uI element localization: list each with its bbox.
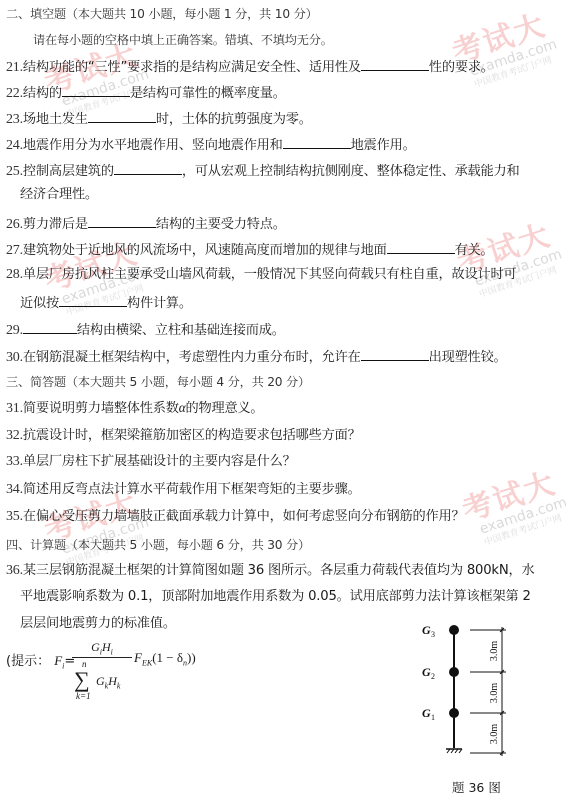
svg-text:2: 2 xyxy=(431,672,435,681)
answer-blank[interactable] xyxy=(114,160,182,175)
answer-blank[interactable] xyxy=(387,239,455,254)
formula-factor: FEK(1 − δn)) xyxy=(134,650,196,668)
section-instruction: 请在每小题的空格中填上正确答案。错填、不填均无分。 xyxy=(33,31,333,49)
figure-caption: 题 36 图 xyxy=(452,778,501,796)
answer-blank[interactable] xyxy=(88,213,156,228)
question-25: 25.控制高层建筑的，可从宏观上控制结构抗侧刚度、整体稳定性、承载能力和 xyxy=(6,160,520,181)
question-36: 36.某三层钢筋混凝土框架的计算简图如题 36 图所示。各层重力荷载代表值均为 … xyxy=(6,562,535,580)
answer-blank[interactable] xyxy=(59,292,127,307)
question-31: 31.简要说明剪力墙整体性系数α的物理意义。 xyxy=(6,399,263,418)
question-32: 32.抗震设计时，框架梁箍筋加密区的构造要求包括哪些方面？ xyxy=(6,427,361,445)
frame-diagram: G 3 G 2 G 1 3.0m 3.0m 3.0m xyxy=(420,615,540,795)
answer-blank[interactable] xyxy=(62,82,130,97)
section-title-short-answer: 三、简答题（本大题共 5 小题，每小题 4 分，共 20 分） xyxy=(6,373,310,391)
answer-blank[interactable] xyxy=(23,319,77,334)
question-21: 21.结构功能的“三性”要求指的是结构应满足安全性、适用性及性的要求。 xyxy=(6,56,494,77)
formula-hint: (提示： Fi= xyxy=(6,650,75,671)
formula-summation: n ∑ k=1 GkHk xyxy=(74,667,90,693)
svg-text:G: G xyxy=(422,706,431,720)
svg-text:3.0m: 3.0m xyxy=(489,683,500,704)
sigma-symbol: ∑ xyxy=(74,667,90,692)
question-28: 28.单层厂房抗风柱主要承受山墙风荷载，一般情况下其竖向荷载只有柱自重，故设计时… xyxy=(6,266,516,284)
section-title-fill-blank: 二、填空题（本大题共 10 小题，每小题 1 分，共 10 分） xyxy=(6,5,318,23)
svg-text:G: G xyxy=(422,623,431,637)
section-title-calculation: 四、计算题（本大题共 5 小题，每小题 6 分，共 30 分） xyxy=(6,536,310,554)
question-24: 24.地震作用分为水平地震作用、竖向地震作用和地震作用。 xyxy=(6,134,416,155)
svg-text:3.0m: 3.0m xyxy=(489,641,500,662)
question-28-continued: 近似按构件计算。 xyxy=(20,292,192,313)
exam-page: 考试大 examda.com 中国教育考试门户网 考试大 examda.com … xyxy=(0,0,566,800)
answer-blank[interactable] xyxy=(88,108,156,123)
question-23: 23.场地土发生时，土体的抗剪强度为零。 xyxy=(6,108,312,129)
question-22: 22.结构的是结构可靠性的概率度量。 xyxy=(6,82,286,103)
question-33: 33.单层厂房柱下扩展基础设计的主要内容是什么？ xyxy=(6,453,296,471)
answer-blank[interactable] xyxy=(361,346,429,361)
svg-text:3: 3 xyxy=(431,630,435,639)
answer-blank[interactable] xyxy=(283,134,351,149)
question-36-line2: 平地震影响系数为 0.1，顶部附加地震作用系数为 0.05。试用底部剪力法计算该… xyxy=(20,588,531,606)
question-30: 30.在钢筋混凝土框架结构中，考虑塑性内力重分布时，允许在出现塑性铰。 xyxy=(6,346,507,367)
question-35: 35.在偏心受压剪力墙墙肢正截面承载力计算中，如何考虑竖向分布钢筋的作用？ xyxy=(6,508,464,526)
formula-fraction: GiHi xyxy=(72,640,132,658)
watermark-lower-right: 考试大 examda.com 中国教育考试门户网 xyxy=(460,470,566,535)
question-34: 34.简述用反弯点法计算水平荷载作用下框架弯矩的主要步骤。 xyxy=(6,481,361,499)
svg-text:G: G xyxy=(422,665,431,679)
answer-blank[interactable] xyxy=(361,56,429,71)
question-29: 29.结构由横梁、立柱和基础连接而成。 xyxy=(6,319,285,340)
question-36-line3: 层层间地震剪力的标准值。 xyxy=(20,615,176,633)
question-27: 27.建筑物处于近地风的风流场中，风速随高度而增加的规律与地面有关。 xyxy=(6,239,494,260)
svg-text:1: 1 xyxy=(431,713,435,722)
svg-text:3.0m: 3.0m xyxy=(489,724,500,745)
frame-diagram-svg: G 3 G 2 G 1 3.0m 3.0m 3.0m xyxy=(420,615,540,795)
question-25-continued: 经济合理性。 xyxy=(20,186,98,204)
question-26: 26.剪力滞后是结构的主要受力特点。 xyxy=(6,213,286,234)
